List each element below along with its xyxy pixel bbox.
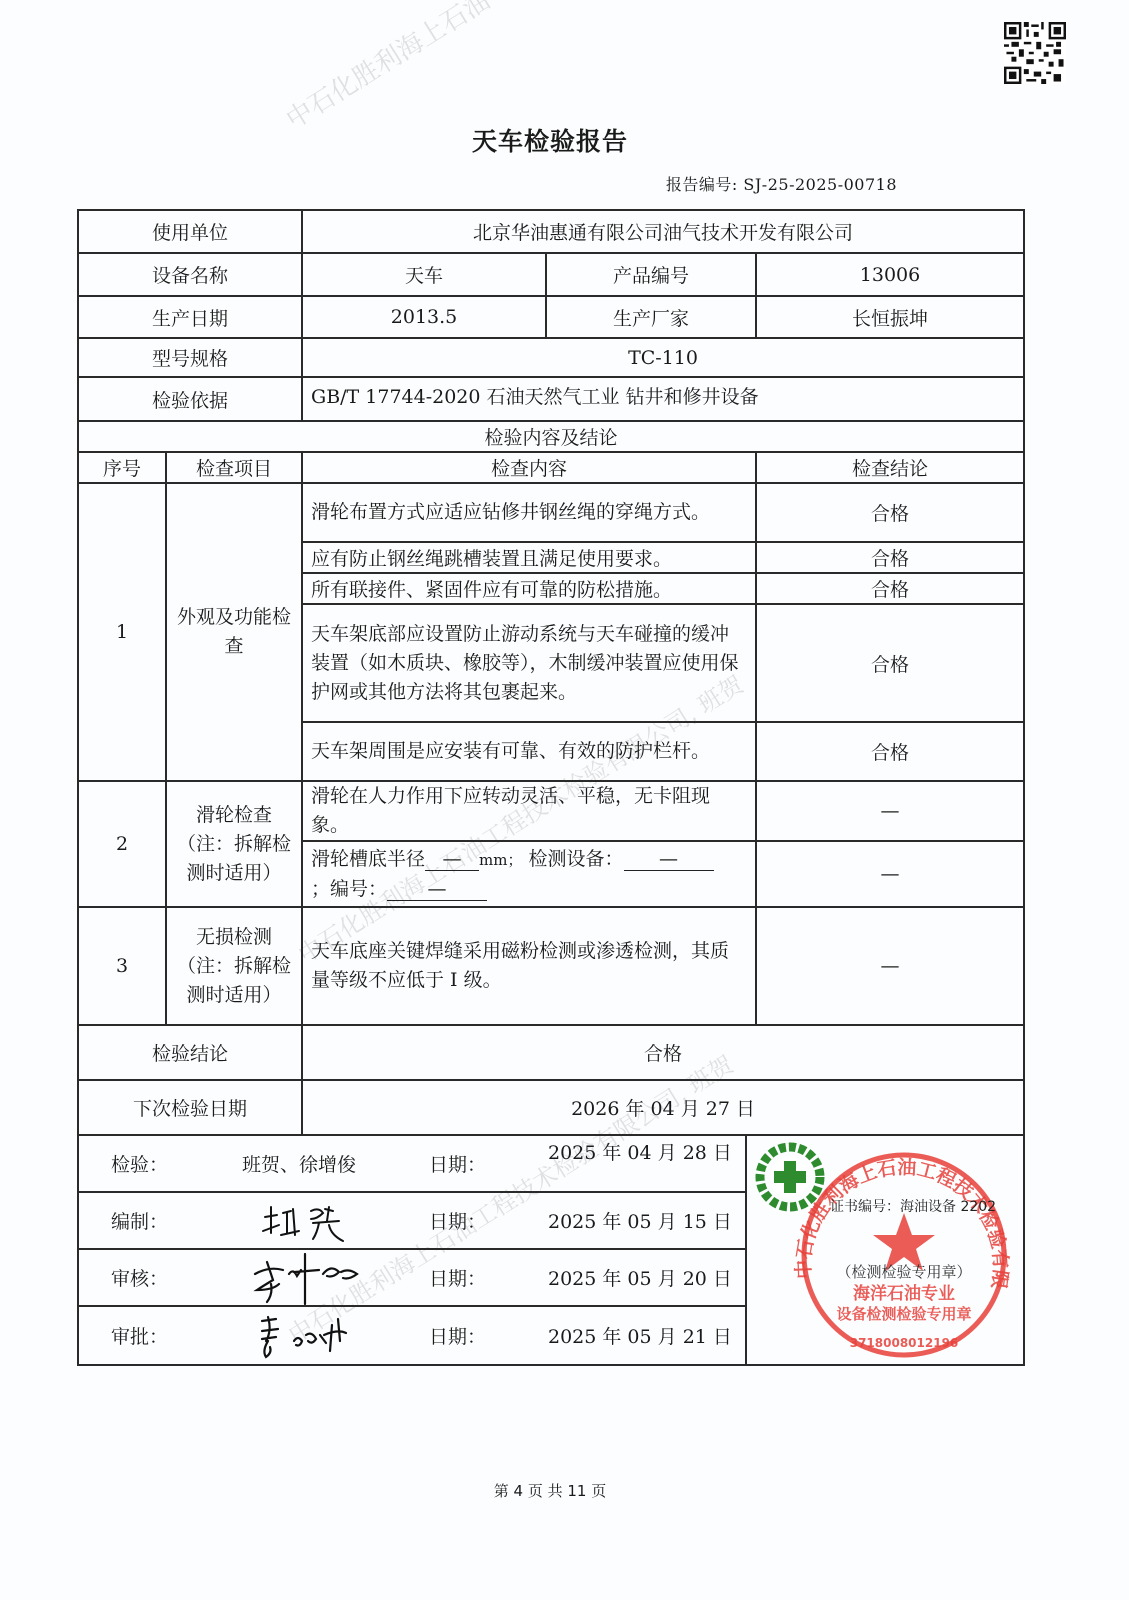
conclusion-label: 检验结论 [78,1025,302,1080]
handwritten-signature-review [249,1250,369,1306]
device-no-value-field: — [387,878,487,901]
model-value: TC-110 [302,338,1024,377]
group-no: 2 [78,781,166,907]
info-row-production: 生产日期 2013.5 生产厂家 长恒振坤 [78,296,1024,338]
group-item: 滑轮检查（注：拆解检测时适用） [166,781,302,907]
group-no: 3 [78,907,166,1025]
inspection-report-table: 使用单位 北京华油惠通有限公司油气技术开发有限公司 设备名称 天车 产品编号 1… [77,209,1025,1366]
signature-row-compile: 编制： 日期： 2025 年 05 月 15 日 [78,1193,1024,1250]
check-result: 合格 [756,722,1024,781]
info-row-model: 型号规格 TC-110 [78,338,1024,377]
production-date-value: 2013.5 [302,296,546,338]
info-row-basis: 检验依据 GB/T 17744-2020 石油天然气工业 钻井和修井设备 [78,377,1024,421]
check-result: 合格 [756,542,1024,573]
signature-row-approve: 审批： 日期： 2025 年 05 月 21 日 [78,1307,1024,1365]
check-content: 滑轮在人力作用下应转动灵活、平稳，无卡阻现象。 [302,781,756,841]
handwritten-signature-compile [259,1199,359,1243]
column-header-content: 检查内容 [302,452,756,483]
check-content-measurement: 滑轮槽底半径—mm； 检测设备：— ；编号：— [302,841,756,907]
basis-label: 检验依据 [78,377,302,421]
inspection-date-value: 2025 年 04 月 28 日 [548,1138,732,1165]
radius-label: 滑轮槽底半径 [311,848,425,870]
review-role-label: 审核： [111,1264,168,1291]
conclusion-row: 检验结论 合格 [78,1025,1024,1080]
model-label: 型号规格 [78,338,302,377]
section-title: 检验内容及结论 [78,421,1024,452]
compile-date-value: 2025 年 05 月 15 日 [548,1207,732,1234]
table-row: 1 外观及功能检查 滑轮布置方式应适应钻修井钢丝绳的穿绳方式。 合格 [78,483,1024,542]
table-row: 3 无损检测（注：拆解检测时适用） 天车底座关键焊缝采用磁粉检测或渗透检测，其质… [78,907,1024,1025]
user-unit-label: 使用单位 [78,210,302,253]
section-title-row: 检验内容及结论 [78,421,1024,452]
approve-role-label: 审批： [111,1322,168,1349]
radius-unit: mm； [479,851,522,869]
report-number: 报告编号: SJ-25-2025-00718 [666,172,897,195]
info-row-equipment: 设备名称 天车 产品编号 13006 [78,253,1024,296]
compile-date-label: 日期： [429,1207,486,1234]
signature-row-inspection: 检验： 班贺、徐增俊 日期： 2025 年 04 月 28 日 [78,1135,1024,1193]
signature-row-review: 审核： 日期： 2025 年 05 月 20 日 [78,1250,1024,1307]
watermark: 中石化胜利海上石油 [278,0,496,136]
check-content: 天车架周围是应安装有可靠、有效的防护栏杆。 [302,722,756,781]
basis-value: GB/T 17744-2020 石油天然气工业 钻井和修井设备 [302,377,1024,421]
check-result: — [756,907,1024,1025]
info-row-user-unit: 使用单位 北京华油惠通有限公司油气技术开发有限公司 [78,210,1024,253]
check-result: — [756,781,1024,841]
table-row: 2 滑轮检查（注：拆解检测时适用） 滑轮在人力作用下应转动灵活、平稳，无卡阻现象… [78,781,1024,841]
radius-value-field: — [425,848,479,871]
check-content: 所有联接件、紧固件应有可靠的防松措施。 [302,573,756,604]
next-date-value: 2026 年 04 月 27 日 [302,1080,1024,1135]
check-result: 合格 [756,604,1024,722]
check-result: 合格 [756,483,1024,542]
review-date-label: 日期： [429,1264,486,1291]
manufacturer-label: 生产厂家 [546,296,756,338]
device-label: 检测设备： [529,848,624,870]
report-number-label: 报告编号: [666,175,738,194]
group-item: 外观及功能检查 [166,483,302,781]
group-item: 无损检测（注：拆解检测时适用） [166,907,302,1025]
device-no-label: ；编号： [311,878,387,900]
manufacturer-value: 长恒振坤 [756,296,1024,338]
conclusion-value: 合格 [302,1025,1024,1080]
column-header-result: 检查结论 [756,452,1024,483]
production-date-label: 生产日期 [78,296,302,338]
product-no-label: 产品编号 [546,253,756,296]
column-header-item: 检查项目 [166,452,302,483]
compile-role-label: 编制： [111,1207,168,1234]
product-no-value: 13006 [756,253,1024,296]
equipment-name-label: 设备名称 [78,253,302,296]
column-header-no: 序号 [78,452,166,483]
check-result: 合格 [756,573,1024,604]
review-date-value: 2025 年 05 月 20 日 [548,1264,732,1291]
next-date-row: 下次检验日期 2026 年 04 月 27 日 [78,1080,1024,1135]
inspector-role-label: 检验： [111,1150,168,1177]
check-content: 滑轮布置方式应适应钻修井钢丝绳的穿绳方式。 [302,483,756,542]
page-title: 天车检验报告 [0,122,1100,158]
approve-date-value: 2025 年 05 月 21 日 [548,1322,732,1349]
check-content: 天车底座关键焊缝采用磁粉检测或渗透检测，其质量等级不应低于 I 级。 [302,907,756,1025]
check-content: 应有防止钢丝绳跳槽装置且满足使用要求。 [302,542,756,573]
column-header-row: 序号 检查项目 检查内容 检查结论 [78,452,1024,483]
approve-date-label: 日期： [429,1322,486,1349]
inspector-names: 班贺、徐增俊 [242,1150,356,1177]
report-number-value: SJ-25-2025-00718 [743,175,897,194]
equipment-name-value: 天车 [302,253,546,296]
inspection-date-label: 日期： [429,1150,486,1177]
check-content: 天车架底部应设置防止游动系统与天车碰撞的缓冲装置（如木质块、橡胶等），木制缓冲装… [302,604,756,722]
group-no: 1 [78,483,166,781]
device-value-field: — [624,848,714,871]
page-number: 第 4 页 共 11 页 [0,1480,1100,1501]
check-result: — [756,841,1024,907]
handwritten-signature-approve [254,1311,364,1361]
next-date-label: 下次检验日期 [78,1080,302,1135]
user-unit-value: 北京华油惠通有限公司油气技术开发有限公司 [302,210,1024,253]
qr-code-icon [1004,22,1066,84]
